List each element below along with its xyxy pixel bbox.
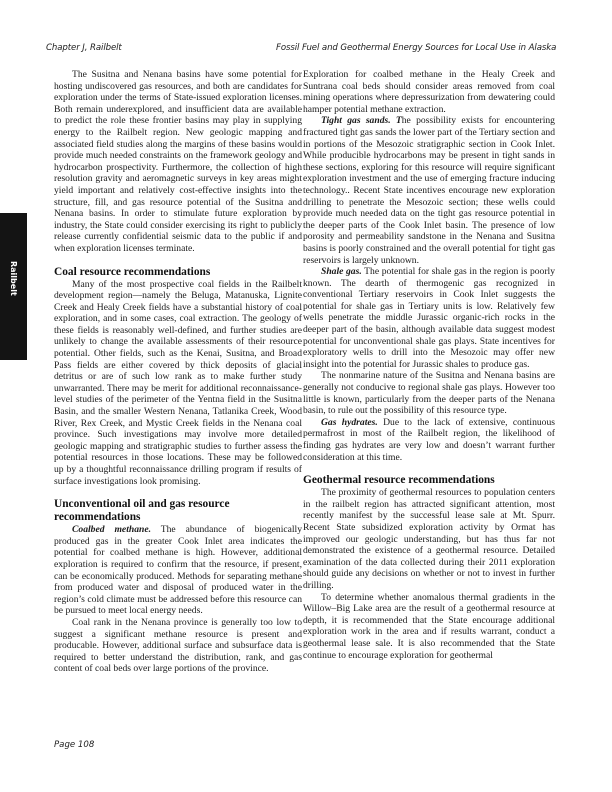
- paragraph-coalbed-methane-body: The abundance of biogenically produced g…: [54, 524, 302, 616]
- runin-tight-gas: Tight gas sands. T: [321, 115, 402, 126]
- paragraph-geothermal-2: To determine whether anomalous thermal g…: [303, 592, 555, 662]
- heading-geothermal-recommendations: Geothermal resource recommendations: [303, 474, 555, 487]
- document-title: Fossil Fuel and Geothermal Energy Source…: [276, 43, 556, 53]
- page-number: Page 108: [54, 740, 94, 750]
- side-tab-label: Railbelt: [9, 261, 18, 296]
- paragraph-shale-gas: Shale gas. The potential for shale gas i…: [303, 266, 555, 370]
- running-header: Chapter J, Railbelt Fossil Fuel and Geot…: [46, 43, 566, 57]
- paragraph-coalbed-methane: Coalbed methane. The abundance of biogen…: [54, 524, 302, 617]
- paragraph-coal: Many of the most prospective coal fields…: [54, 279, 302, 488]
- paragraph-shale-gas-body: The potential for shale gas in the regio…: [303, 266, 555, 370]
- paragraph-tight-gas: Tight gas sands. The possibility exists …: [303, 115, 555, 266]
- chapter-label: Chapter J, Railbelt: [46, 43, 122, 53]
- paragraph-tight-gas-body: he possibility exists for encountering f…: [303, 115, 555, 265]
- paragraph-basins: The Susitna and Nenana basins have some …: [54, 69, 302, 255]
- left-column: The Susitna and Nenana basins have some …: [54, 69, 302, 675]
- paragraph-gas-hydrates: Gas hydrates. Due to the lack of extensi…: [303, 417, 555, 463]
- paragraph-geothermal-1: The proximity of geothermal resources to…: [303, 487, 555, 591]
- runin-gas-hydrates: Gas hydrates.: [321, 417, 378, 428]
- paragraph-continued: Exploration for coalbed methane in the H…: [303, 69, 555, 115]
- heading-coal-recommendations: Coal resource recommendations: [54, 266, 302, 279]
- section-side-tab: Railbelt: [0, 213, 27, 360]
- heading-unconventional-recommendations: Unconventional oil and gas resource reco…: [54, 498, 302, 524]
- paragraph-nonmarine: The nonmarine nature of the Susitna and …: [303, 370, 555, 416]
- runin-shale-gas: Shale gas.: [321, 266, 362, 277]
- paragraph-nenana-coal-rank: Coal rank in the Nenana province is gene…: [54, 617, 302, 675]
- right-column: Exploration for coalbed methane in the H…: [303, 69, 555, 661]
- runin-coalbed-methane: Coalbed methane.: [72, 524, 151, 535]
